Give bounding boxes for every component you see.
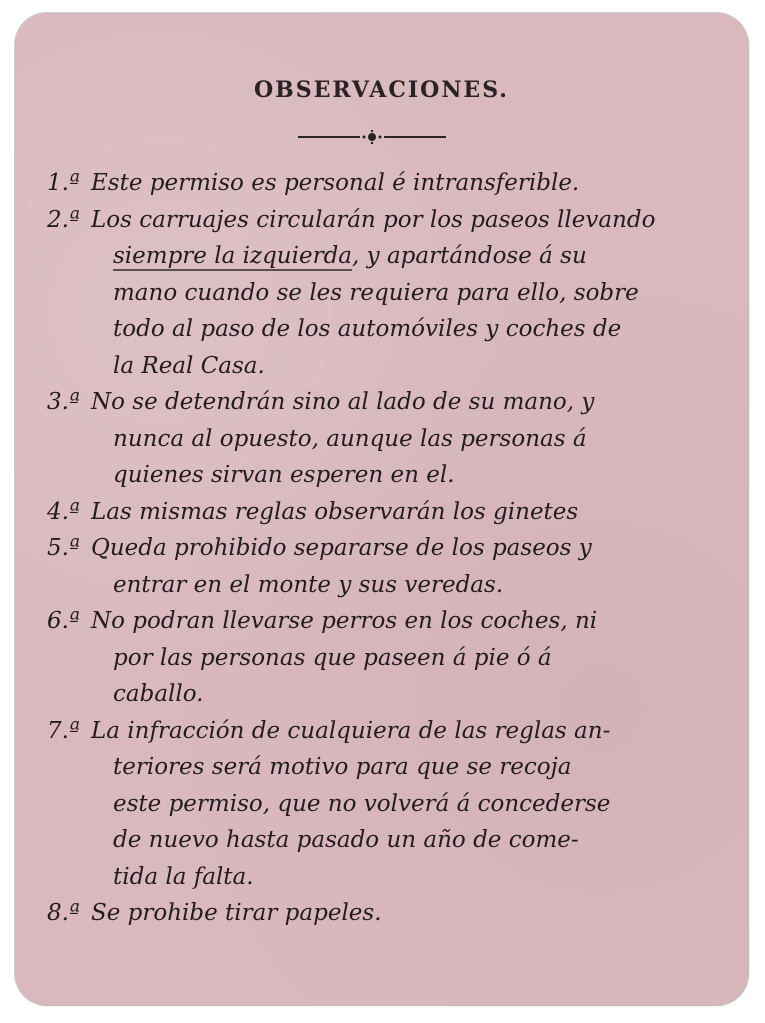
rule-text: nunca al opuesto, aunque las personas á — [47, 421, 727, 458]
permit-card-back: OBSERVACIONES. 1.ªEste permiso es person… — [15, 13, 748, 1005]
rule-number: 3.ª — [47, 384, 91, 421]
rule-number: 8.ª — [47, 895, 91, 932]
rule-8: 8.ªSe prohibe tirar papeles. — [47, 895, 727, 932]
rule-text: teriores será motivo para que se recoja — [47, 749, 727, 786]
rule-number: 6.ª — [47, 603, 91, 640]
rule-text: todo al paso de los automóviles y coches… — [47, 311, 727, 348]
rule-7: 7.ªLa infracción de cualquiera de las re… — [47, 713, 727, 896]
rule-text: No podran llevarse perros en los coches,… — [91, 608, 597, 634]
rule-number: 2.ª — [47, 202, 91, 239]
rule-4: 4.ªLas mismas reglas observarán los gine… — [47, 494, 727, 531]
rule-text: Queda prohibido separarse de los paseos … — [91, 535, 592, 561]
rule-2: 2.ªLos carruajes circularán por los pase… — [47, 202, 727, 385]
rule-number: 5.ª — [47, 530, 91, 567]
rule-text: Se prohibe tirar papeles. — [91, 900, 382, 926]
rule-text: de nuevo hasta pasado un año de come- — [47, 822, 727, 859]
rule-text: Los carruajes circularán por los paseos … — [91, 207, 655, 233]
rule-text: Las mismas reglas observarán los ginetes — [91, 499, 578, 525]
rule-6: 6.ªNo podran llevarse perros en los coch… — [47, 603, 727, 713]
rule-text: La infracción de cualquiera de las regla… — [91, 718, 610, 744]
rule-text: este permiso, que no volverá á conceders… — [47, 786, 727, 823]
rule-number: 1.ª — [47, 165, 91, 202]
rules-list: 1.ªEste permiso es personal é intransfer… — [47, 165, 727, 932]
rule-text: tida la falta. — [47, 859, 727, 896]
rule-text: Este permiso es personal é intransferibl… — [91, 170, 579, 196]
rule-text: , y apartándose á su — [352, 243, 587, 269]
rule-text: por las personas que paseen á pie ó á — [47, 640, 727, 677]
rule-text: No se detendrán sino al lado de su mano,… — [91, 389, 594, 415]
fleuron-divider-icon — [298, 130, 446, 144]
page-title: OBSERVACIONES. — [15, 77, 748, 103]
rule-3: 3.ªNo se detendrán sino al lado de su ma… — [47, 384, 727, 494]
rule-text: mano cuando se les requiera para ello, s… — [47, 275, 727, 312]
underlined-phrase: siempre la izquierda — [113, 243, 352, 269]
rule-text: caballo. — [47, 676, 727, 713]
rule-text: entrar en el monte y sus veredas. — [47, 567, 727, 604]
rule-5: 5.ªQueda prohibido separarse de los pase… — [47, 530, 727, 603]
rule-1: 1.ªEste permiso es personal é intransfer… — [47, 165, 727, 202]
rule-number: 7.ª — [47, 713, 91, 750]
rule-text: la Real Casa. — [47, 348, 727, 385]
rule-number: 4.ª — [47, 494, 91, 531]
rule-text: quienes sirvan esperen en el. — [47, 457, 727, 494]
